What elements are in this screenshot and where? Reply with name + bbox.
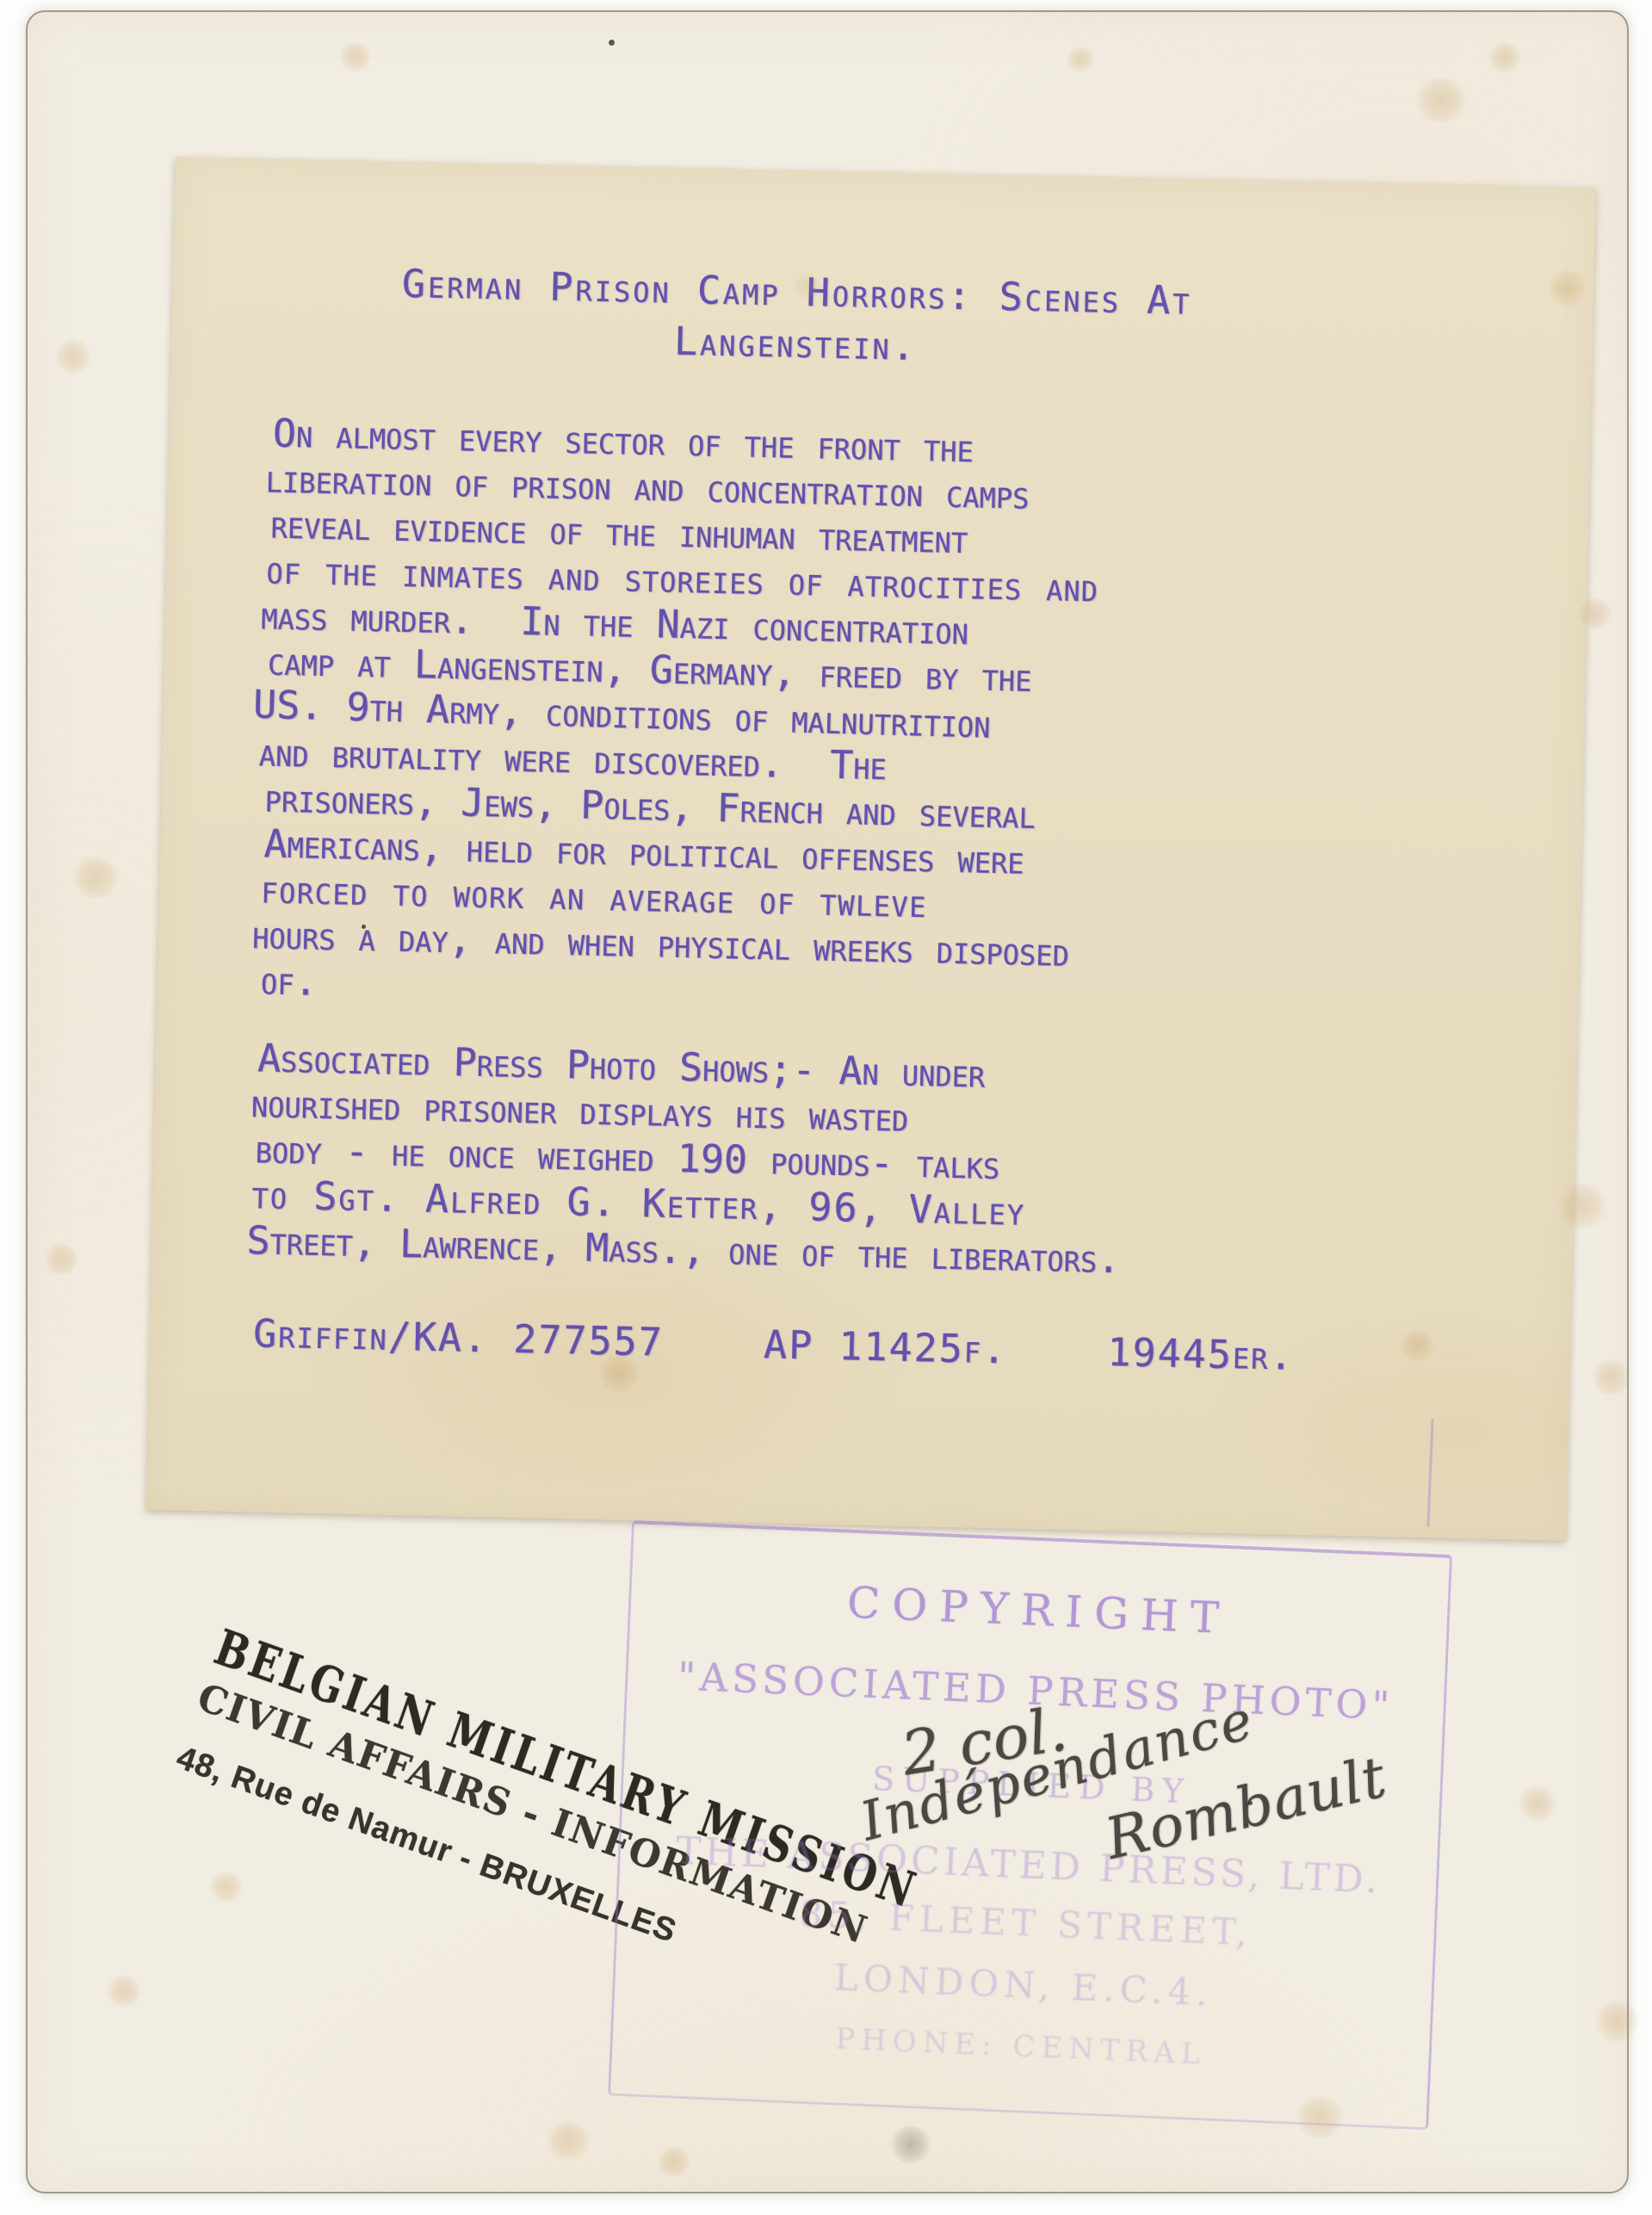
ink-speck [609, 40, 615, 46]
age-spot [105, 1975, 143, 2008]
caption-credit-line: Griffin/KA. 277557 AP 11425f. 19445er. [253, 1310, 1295, 1378]
age-spot [43, 1243, 79, 1276]
age-spot [71, 856, 121, 899]
age-spot [1065, 46, 1096, 72]
caption-slip: German Prison Camp Horrors: Scenes AtLan… [146, 157, 1596, 1541]
age-spot [656, 2147, 692, 2176]
stamp-line: COPYRIGHT [630, 1568, 1448, 1653]
age-spot [53, 339, 93, 374]
photo-back-paper: German Prison Camp Horrors: Scenes AtLan… [26, 10, 1629, 2193]
age-spot [1398, 1328, 1437, 1362]
smudge [888, 2125, 933, 2163]
age-spot [208, 1872, 244, 1903]
age-spot [1414, 77, 1469, 123]
age-spot [544, 2121, 592, 2161]
caption-paragraph-1: On almost every sector of the front thel… [261, 411, 1103, 1022]
ap-copyright-stamp: COPYRIGHT "ASSOCIATED PRESS PHOTO" SUPPL… [608, 1520, 1452, 2130]
caption-paragraph-2: Associated Press Photo Shows;- An undern… [253, 1035, 1125, 1282]
stamp-line: PHONE: CENTRAL [612, 2013, 1429, 2082]
age-spot [337, 42, 374, 71]
age-spot [1517, 1785, 1558, 1822]
age-spot [1590, 1359, 1631, 1395]
age-spot [1593, 2001, 1641, 2042]
stamp-line: LONDON, E.C.4. [615, 1947, 1432, 2024]
caption-title: German Prison Camp Horrors: Scenes AtLan… [171, 253, 1421, 384]
age-spot [1487, 42, 1523, 73]
